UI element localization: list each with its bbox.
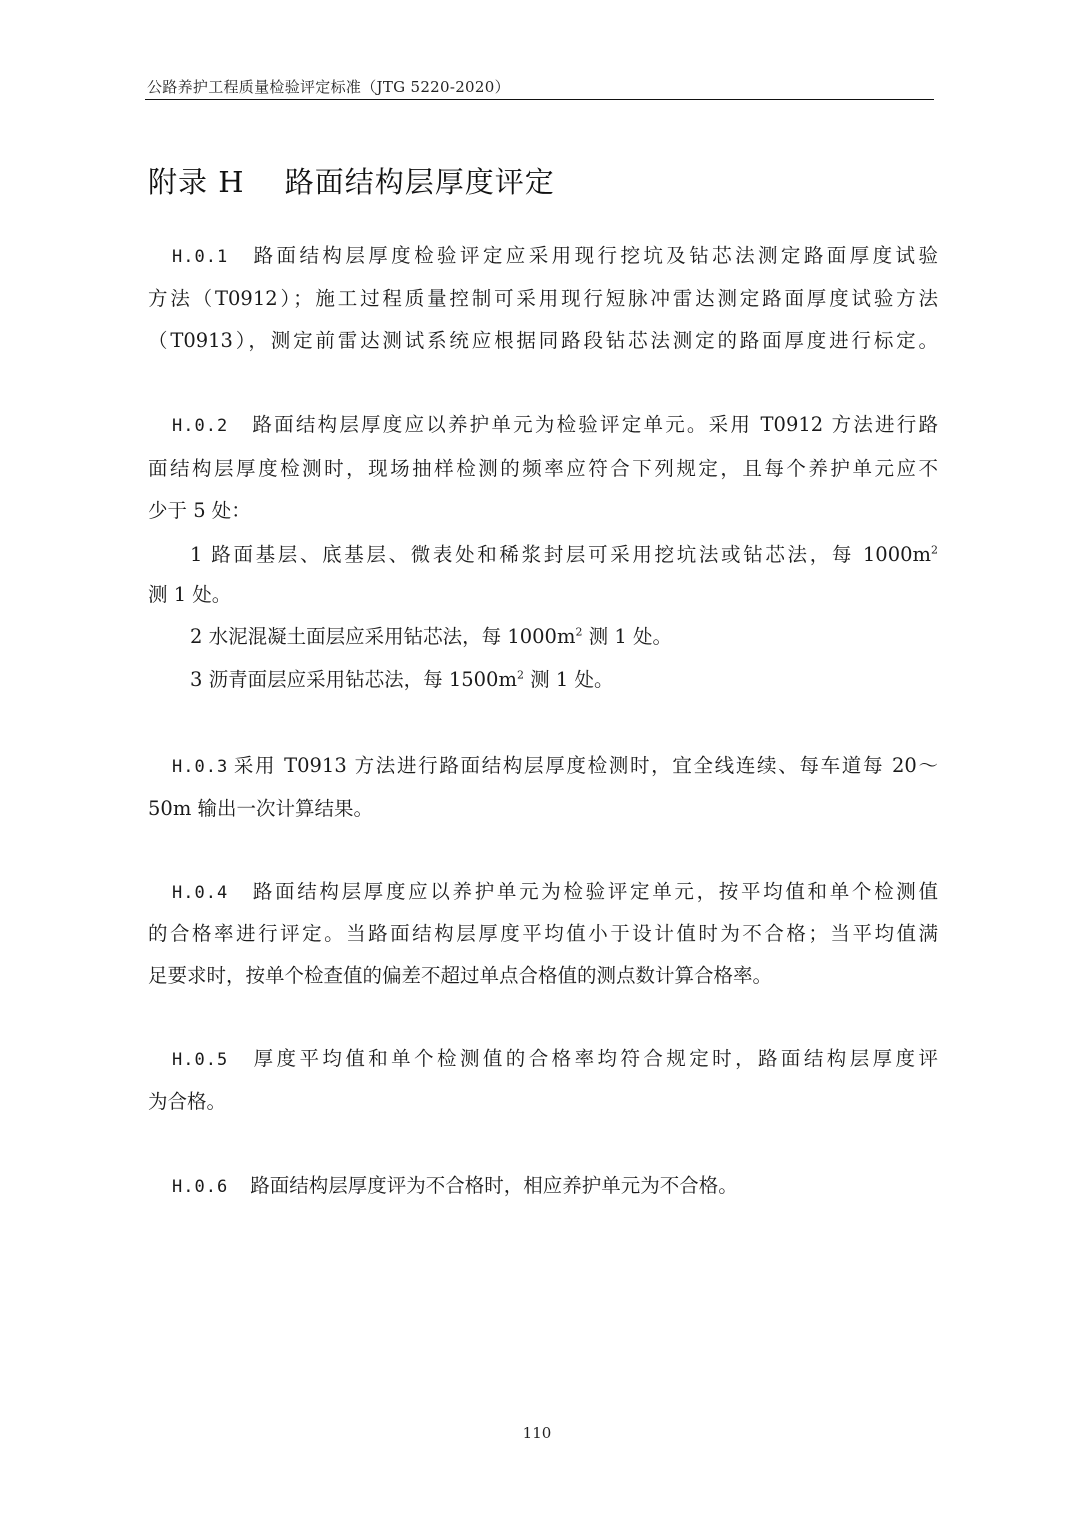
- clause-number: H.0.3: [172, 757, 228, 777]
- clause-line: H.0.5厚度平均值和单个检测值的合格率均符合规定时，路面结构层厚度评: [172, 1045, 938, 1074]
- running-header: 公路养护工程质量检验评定标准（JTG 5220-2020）: [147, 76, 510, 97]
- clause-line: 方法（T0912）；施工过程质量控制可采用现行短脉冲雷达测定路面厚度试验方法: [148, 285, 938, 313]
- list-item: 3 沥青面层应采用钻芯法，每 1500m2 测 1 处。: [190, 666, 938, 694]
- clause-line: H.0.3采用 T0913 方法进行路面结构层厚度检测时，宜全线连续、每车道每 …: [172, 752, 938, 781]
- clause-line: 为合格。: [148, 1088, 938, 1116]
- clause-line: H.0.2路面结构层厚度应以养护单元为检验评定单元。采用 T0912 方法进行路: [172, 411, 938, 440]
- clause-line: H.0.1路面结构层厚度检验评定应采用现行挖坑及钻芯法测定路面厚度试验: [172, 242, 938, 271]
- clause-line: 50m 输出一次计算结果。: [148, 795, 938, 823]
- list-item-continuation: 测 1 处。: [148, 581, 938, 609]
- clause-number: H.0.5: [172, 1050, 228, 1070]
- clause-line: 足要求时，按单个检查值的偏差不超过单点合格值的测点数计算合格率。: [148, 962, 938, 990]
- header-rule: [145, 99, 934, 100]
- list-item-index: 2: [190, 625, 202, 648]
- clause-line: （T0913），测定前雷达测试系统应根据同路段钻芯法测定的路面厚度进行标定。: [148, 327, 938, 355]
- clause-number: H.0.4: [172, 883, 228, 903]
- clause-number: H.0.6: [172, 1177, 228, 1197]
- clause-line: 的合格率进行评定。当路面结构层厚度平均值小于设计值时为不合格；当平均值满: [148, 920, 938, 948]
- page-title: 附录 H 路面结构层厚度评定: [148, 160, 555, 201]
- clause-number: H.0.1: [172, 247, 228, 267]
- list-item-index: 1: [190, 543, 202, 566]
- clause-line: H.0.6路面结构层厚度评为不合格时，相应养护单元为不合格。: [172, 1172, 938, 1201]
- clause-line: 面结构层厚度检测时，现场抽样检测的频率应符合下列规定，且每个养护单元应不: [148, 455, 938, 483]
- appendix-label: 附录 H: [148, 165, 245, 199]
- list-item-index: 3: [190, 668, 202, 691]
- clause-line: 少于 5 处：: [148, 497, 938, 525]
- clause-line: H.0.4路面结构层厚度应以养护单元为检验评定单元，按平均值和单个检测值: [172, 878, 938, 907]
- appendix-title: 路面结构层厚度评定: [285, 165, 555, 199]
- list-item: 1 路面基层、底基层、微表处和稀浆封层可采用挖坑法或钻芯法，每 1000m2: [190, 541, 938, 569]
- page-number: 110: [0, 1424, 1074, 1442]
- list-item: 2 水泥混凝土面层应采用钻芯法，每 1000m2 测 1 处。: [190, 623, 938, 651]
- clause-number: H.0.2: [172, 416, 228, 436]
